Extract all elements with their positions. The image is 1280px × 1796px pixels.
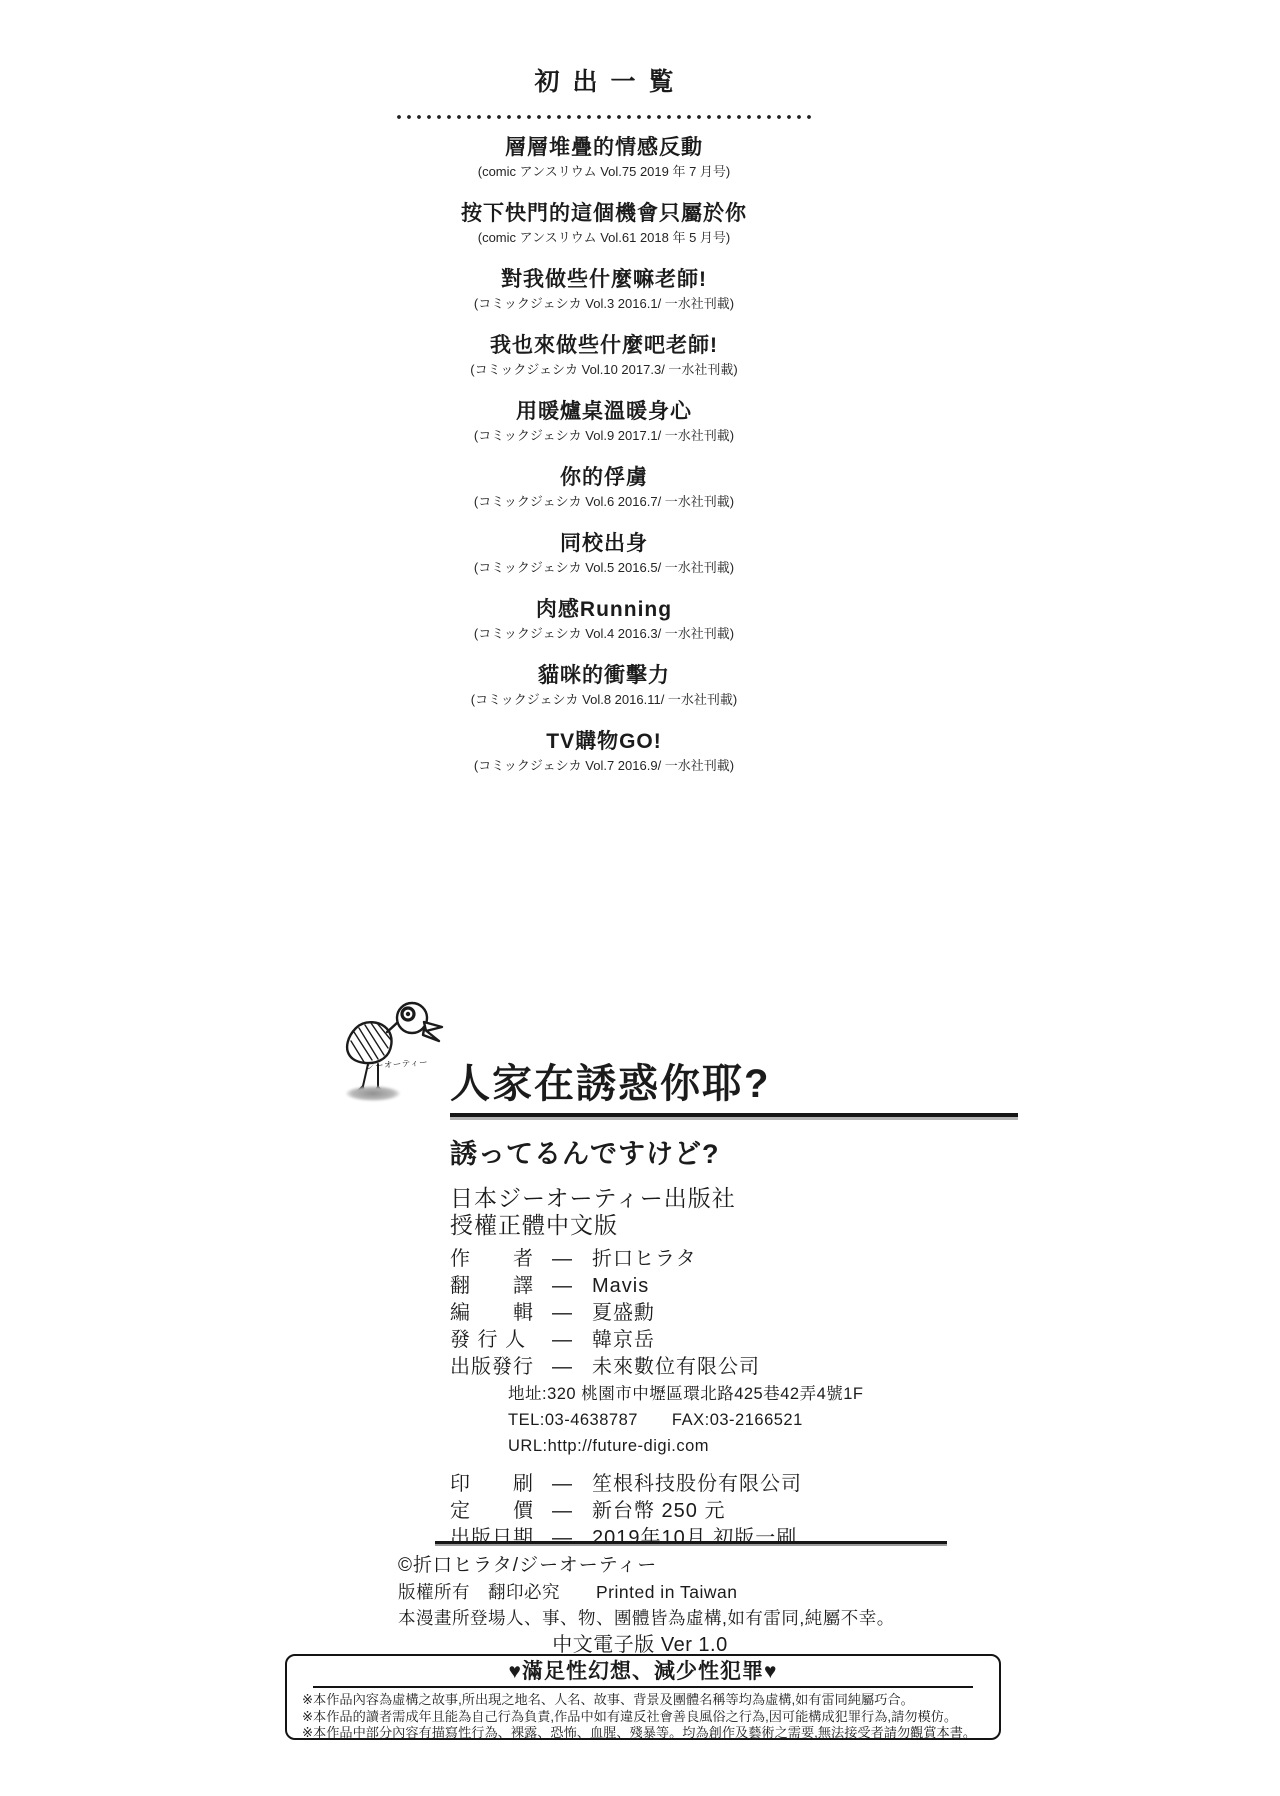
credit-extra-line: TEL:03-4638787 FAX:03-2166521 [508, 1407, 1050, 1433]
original-japanese-title: 誘ってるんですけど? [450, 1132, 1050, 1171]
content-warning-box: ♥滿足性幻想、減少性犯罪♥ ※本作品內容為虛構之故事,所出現之地名、人名、故事、… [285, 1654, 1001, 1740]
credit-dash: ― [552, 1300, 592, 1327]
rights-line: 版權所有 翻印必究 Printed in Taiwan [398, 1579, 1018, 1605]
book-title: 人家在誘惑你耶? [450, 1060, 1050, 1108]
publication-entry-source: (コミックジェシカ Vol.8 2016.11/ 一水社刊載) [0, 691, 1208, 708]
warning-heading: ♥滿足性幻想、減少性犯罪♥ [287, 1656, 999, 1684]
publication-entry-source: (comic アンスリウム Vol.61 2018 年 5 月号) [0, 229, 1208, 246]
credit-dash: ― [552, 1327, 592, 1354]
credit-value: Mavis [592, 1273, 649, 1300]
license-block: 日本ジーオーティー出版社 授權正體中文版 [450, 1185, 1050, 1239]
publication-entry-title: 同校出身 [0, 531, 1208, 557]
publication-entry-title: 肉感Running [0, 597, 1208, 623]
credit-dash: ― [552, 1471, 592, 1498]
credit-extra-line: 地址:320 桃園市中壢區環北路425巷42弄4號1F [508, 1381, 1050, 1407]
credit-label: 出版發行 [450, 1354, 552, 1381]
credit-dash: ― [552, 1525, 592, 1552]
publication-entry-title: 層層堆疊的情感反動 [0, 135, 1208, 161]
publication-entry: 同校出身 (コミックジェシカ Vol.5 2016.5/ 一水社刊載) [0, 531, 1208, 576]
credit-row: 作 者 ― 折口ヒラタ [450, 1246, 1050, 1273]
credit-value: 未來數位有限公司 [592, 1354, 760, 1381]
warning-line: ※本作品內容為虛構之故事,所出現之地名、人名、故事、背景及團體名稱等均為虛構,如… [302, 1692, 984, 1709]
publication-entry: 貓咪的衝擊力 (コミックジェシカ Vol.8 2016.11/ 一水社刊載) [0, 663, 1208, 708]
credit-row: 翻 譯 ― Mavis [450, 1273, 1050, 1300]
publication-entry-source: (コミックジェシカ Vol.10 2017.3/ 一水社刊載) [0, 361, 1208, 378]
credit-row: 定 價 ― 新台幣 250 元 [450, 1498, 1050, 1525]
credit-label: 印 刷 [450, 1471, 552, 1498]
publication-entry: 用暖爐桌溫暖身心 (コミックジェシカ Vol.9 2017.1/ 一水社刊載) [0, 399, 1208, 444]
credit-row: 編 輯 ― 夏盛勳 [450, 1300, 1050, 1327]
warning-lines: ※本作品內容為虛構之故事,所出現之地名、人名、故事、背景及團體名稱等均為虛構,如… [287, 1692, 999, 1742]
credit-row: 印 刷 ― 笙根科技股份有限公司 [450, 1471, 1050, 1498]
publication-entry-source: (コミックジェシカ Vol.6 2016.7/ 一水社刊載) [0, 493, 1208, 510]
publication-entry: 肉感Running (コミックジェシカ Vol.4 2016.3/ 一水社刊載) [0, 597, 1208, 642]
credit-value: 夏盛勳 [592, 1300, 655, 1327]
credit-dash: ― [552, 1246, 592, 1273]
credit-row: 出版發行 ― 未來數位有限公司 [450, 1354, 1050, 1381]
publication-entry-source: (コミックジェシカ Vol.5 2016.5/ 一水社刊載) [0, 559, 1208, 576]
publication-entry: 對我做些什麼嘛老師! (コミックジェシカ Vol.3 2016.1/ 一水社刊載… [0, 267, 1208, 312]
credit-label: 作 者 [450, 1246, 552, 1273]
credit-row: 發 行 人 ― 韓京岳 [450, 1327, 1050, 1354]
credit-value: 笙根科技股份有限公司 [592, 1471, 802, 1498]
credits-bottom-rule [435, 1541, 947, 1544]
publisher-mascot-bird-illustration: ジーオーティー [342, 1000, 446, 1096]
publication-entry-title: 我也來做些什麼吧老師! [0, 333, 1208, 359]
colophon-block: 人家在誘惑你耶? 誘ってるんですけど? 日本ジーオーティー出版社 授權正體中文版… [450, 1060, 1050, 1552]
publication-entry-title: 用暖爐桌溫暖身心 [0, 399, 1208, 425]
warning-line: ※本作品中部分內容有描寫性行為、裸露、恐怖、血腥、殘暴等。均為創作及藝術之需要,… [302, 1725, 984, 1742]
dotted-separator [394, 113, 814, 119]
mascot-shadow [346, 1086, 400, 1101]
publication-entries: 層層堆疊的情感反動 (comic アンスリウム Vol.75 2019 年 7 … [0, 135, 1208, 774]
publication-entry-source: (コミックジェシカ Vol.4 2016.3/ 一水社刊載) [0, 625, 1208, 642]
credit-label: 出版日期 [450, 1525, 552, 1552]
publication-entry: TV購物GO! (コミックジェシカ Vol.7 2016.9/ 一水社刊載) [0, 729, 1208, 774]
credit-value: 2019年10月 初版一刷 [592, 1525, 797, 1552]
warning-divider [313, 1686, 973, 1688]
license-note: 授權正體中文版 [450, 1212, 1050, 1239]
section-heading: 初出一覧 [0, 62, 1208, 98]
colophon-page: 初出一覧 層層堆疊的情感反動 (comic アンスリウム Vol.75 2019… [0, 0, 1280, 1796]
publication-entry-title: 你的俘虜 [0, 465, 1208, 491]
version-line: 中文電子版 Ver 1.0 [0, 1628, 1280, 1657]
publication-entry-source: (コミックジェシカ Vol.9 2017.1/ 一水社刊載) [0, 427, 1208, 444]
footer-block: ©折口ヒラタ/ジーオーティー 版權所有 翻印必究 Printed in Taiw… [398, 1552, 1018, 1631]
publication-entry-title: TV購物GO! [0, 729, 1208, 755]
credit-label: 翻 譯 [450, 1273, 552, 1300]
credit-label: 定 價 [450, 1498, 552, 1525]
credit-value: 折口ヒラタ [592, 1246, 697, 1273]
warning-line: ※本作品的讀者需成年且能為自己行為負責,作品中如有違反社會善良風俗之行為,因可能… [302, 1709, 984, 1726]
publication-entry: 層層堆疊的情感反動 (comic アンスリウム Vol.75 2019 年 7 … [0, 135, 1208, 180]
credits-table: 作 者 ― 折口ヒラタ 翻 譯 ― Mavis 編 輯 ― 夏盛勳 發 行 人 … [450, 1246, 1050, 1552]
publication-entry-title: 按下快門的這個機會只屬於你 [0, 201, 1208, 227]
publisher-name: 日本ジーオーティー出版社 [450, 1185, 1050, 1212]
bird-icon [342, 1000, 446, 1096]
title-underline [450, 1113, 1018, 1117]
credit-label: 發 行 人 [450, 1327, 552, 1354]
credit-dash: ― [552, 1498, 592, 1525]
publication-entry: 我也來做些什麼吧老師! (コミックジェシカ Vol.10 2017.3/ 一水社… [0, 333, 1208, 378]
first-publication-section: 初出一覧 層層堆疊的情感反動 (comic アンスリウム Vol.75 2019… [0, 62, 1208, 795]
credit-label: 編 輯 [450, 1300, 552, 1327]
credit-extra-line: URL:http://future-digi.com [508, 1433, 1050, 1459]
credit-value: 韓京岳 [592, 1327, 655, 1354]
publication-entry: 按下快門的這個機會只屬於你 (comic アンスリウム Vol.61 2018 … [0, 201, 1208, 246]
credit-dash: ― [552, 1273, 592, 1300]
publication-entry-title: 貓咪的衝擊力 [0, 663, 1208, 689]
publication-entry-source: (コミックジェシカ Vol.3 2016.1/ 一水社刊載) [0, 295, 1208, 312]
publication-entry-source: (コミックジェシカ Vol.7 2016.9/ 一水社刊載) [0, 757, 1208, 774]
publication-entry-title: 對我做些什麼嘛老師! [0, 267, 1208, 293]
credit-row: 出版日期 ― 2019年10月 初版一刷 [450, 1525, 1050, 1552]
publication-entry-source: (comic アンスリウム Vol.75 2019 年 7 月号) [0, 163, 1208, 180]
publication-entry: 你的俘虜 (コミックジェシカ Vol.6 2016.7/ 一水社刊載) [0, 465, 1208, 510]
credit-value: 新台幣 250 元 [592, 1498, 725, 1525]
credit-dash: ― [552, 1354, 592, 1381]
copyright-line: ©折口ヒラタ/ジーオーティー [398, 1552, 1018, 1579]
